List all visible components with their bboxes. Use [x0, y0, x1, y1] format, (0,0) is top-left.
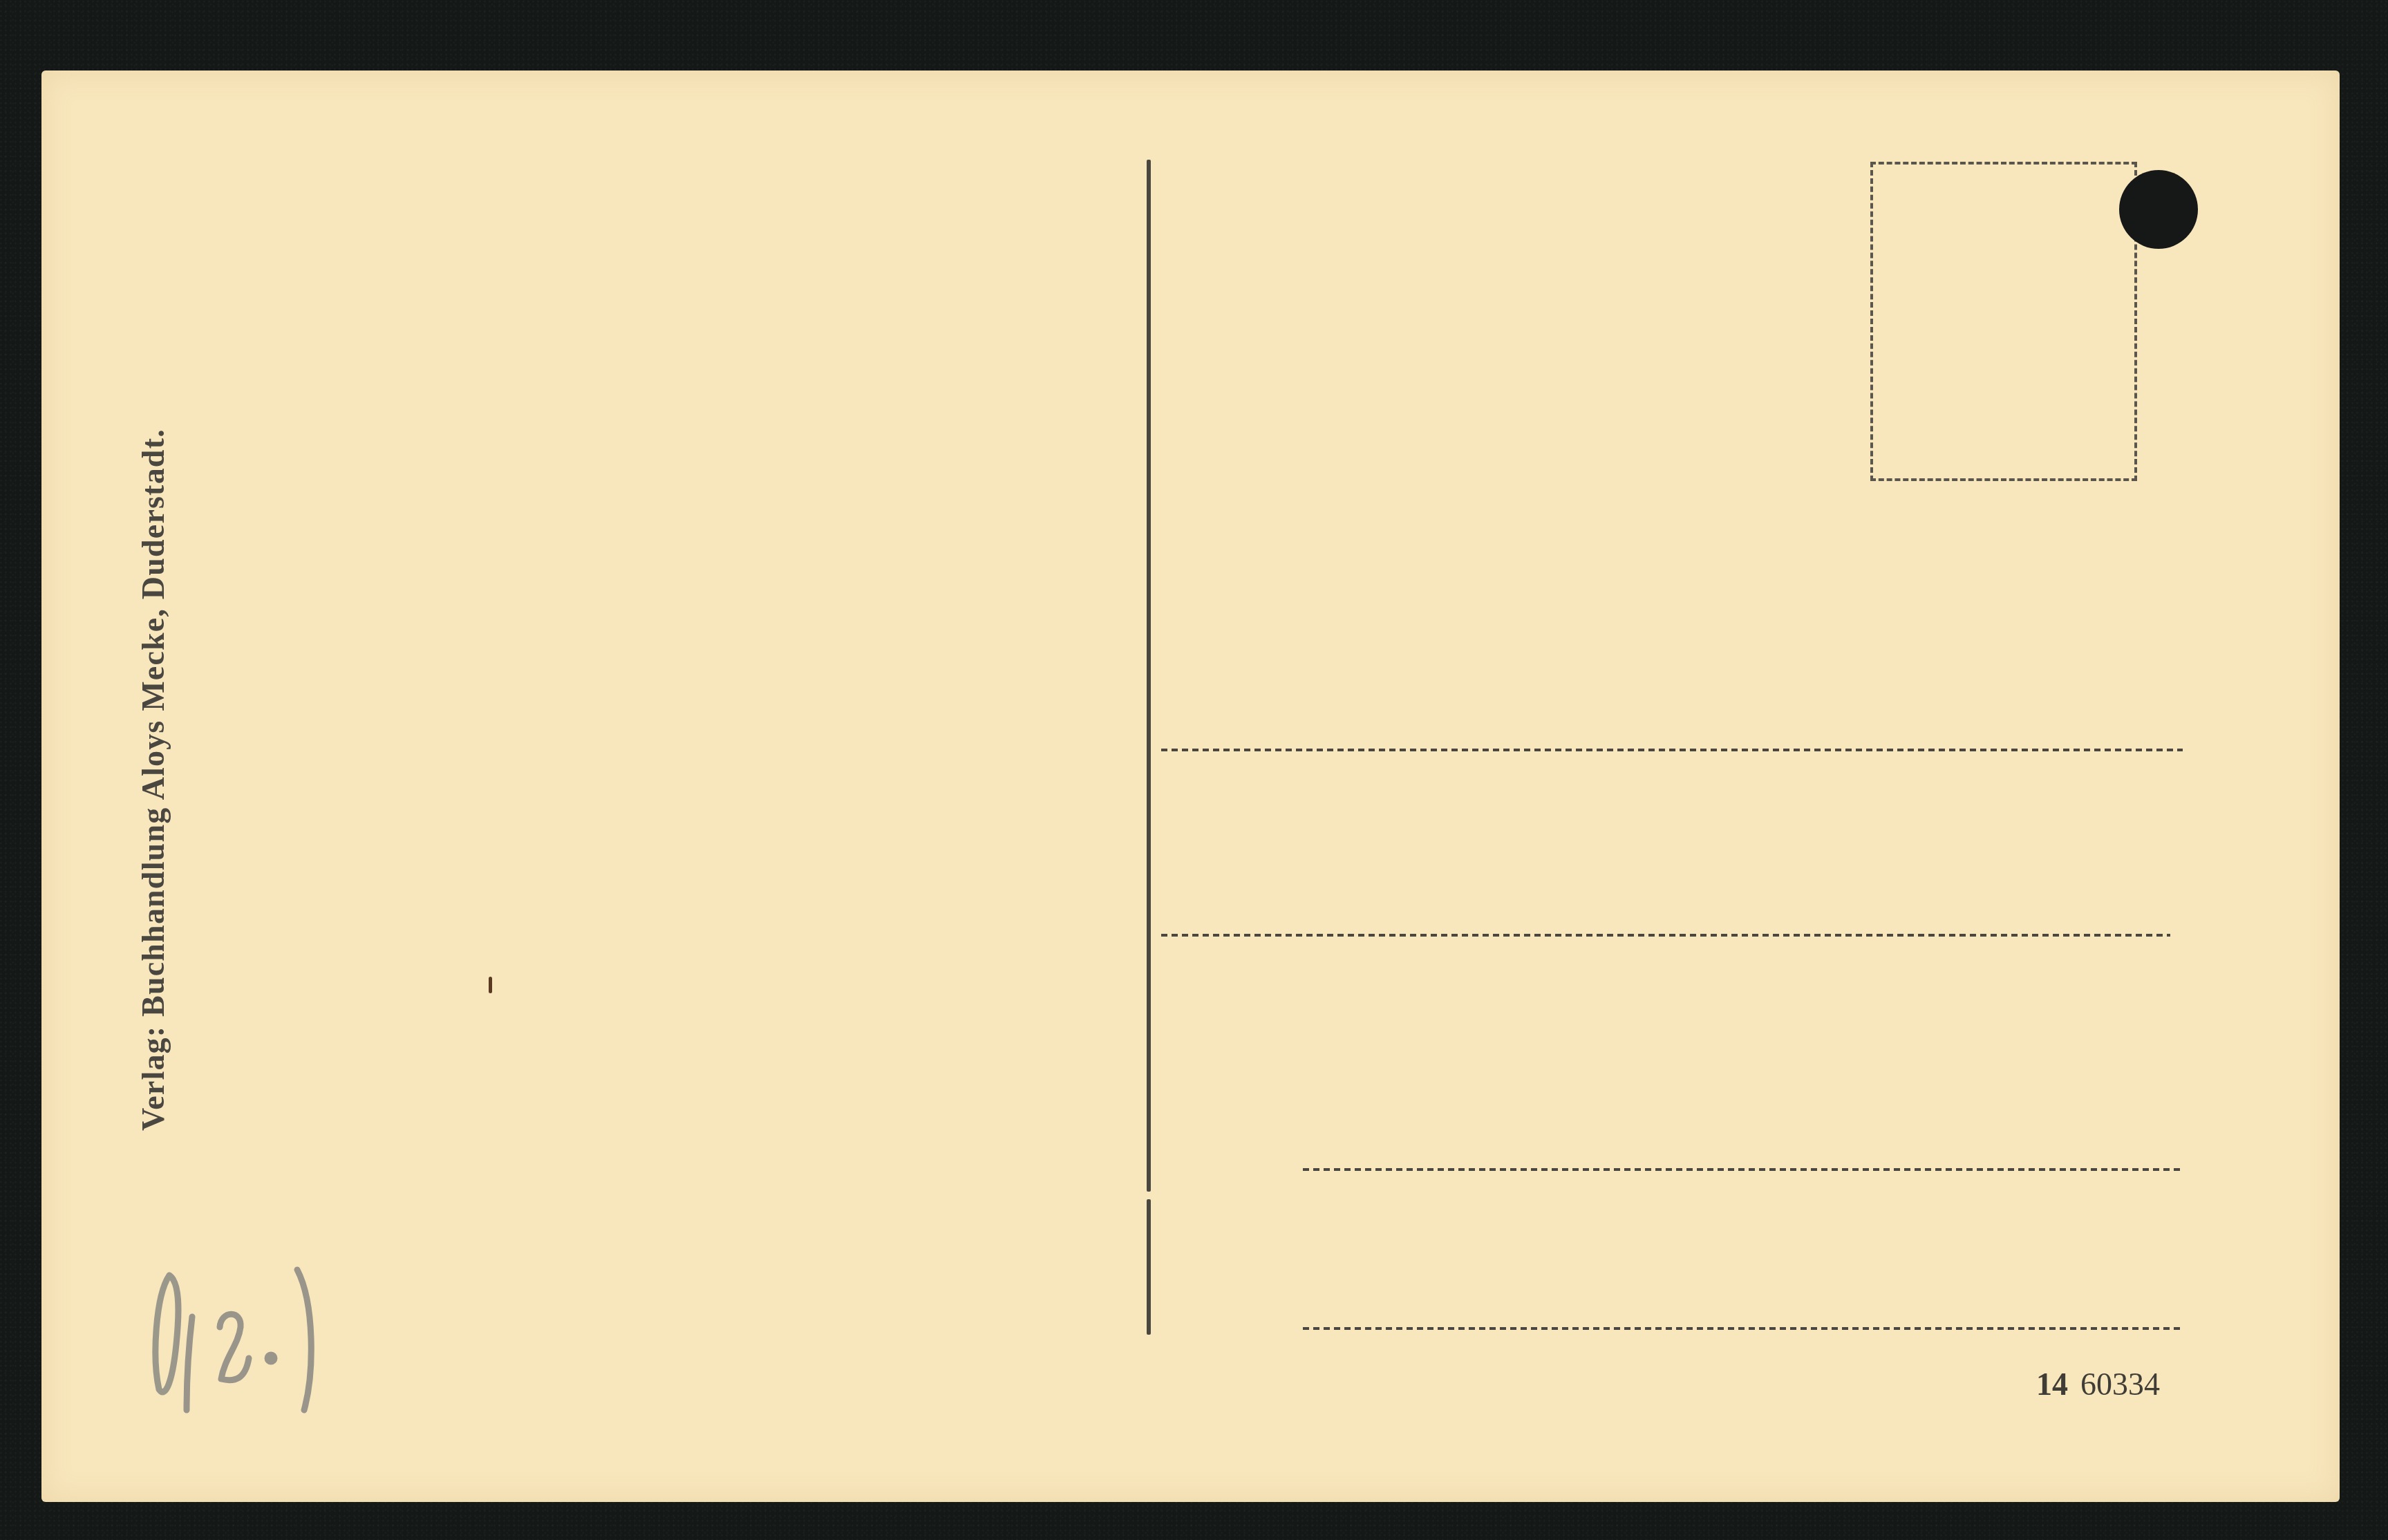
address-line-4	[1303, 1327, 2183, 1330]
message-address-divider-lower	[1147, 1199, 1151, 1335]
series-number: 14	[2036, 1367, 2068, 1402]
publisher-text: Verlag: Buchhandlung Aloys Mecke, Duders…	[140, 429, 167, 1131]
ink-speck	[489, 977, 492, 993]
address-line-1	[1161, 749, 2183, 751]
message-address-divider-upper	[1147, 160, 1151, 1192]
pencil-annotation-icon	[138, 1255, 318, 1414]
address-line-2	[1161, 934, 2170, 937]
publisher-imprint: Verlag: Buchhandlung Aloys Mecke, Duders…	[140, 358, 167, 1131]
catalog-number: 60334	[2080, 1367, 2160, 1402]
card-number: 1460334	[2036, 1366, 2160, 1403]
punch-hole	[2119, 170, 2198, 249]
stamp-box	[1870, 162, 2137, 481]
address-line-3	[1303, 1168, 2184, 1171]
